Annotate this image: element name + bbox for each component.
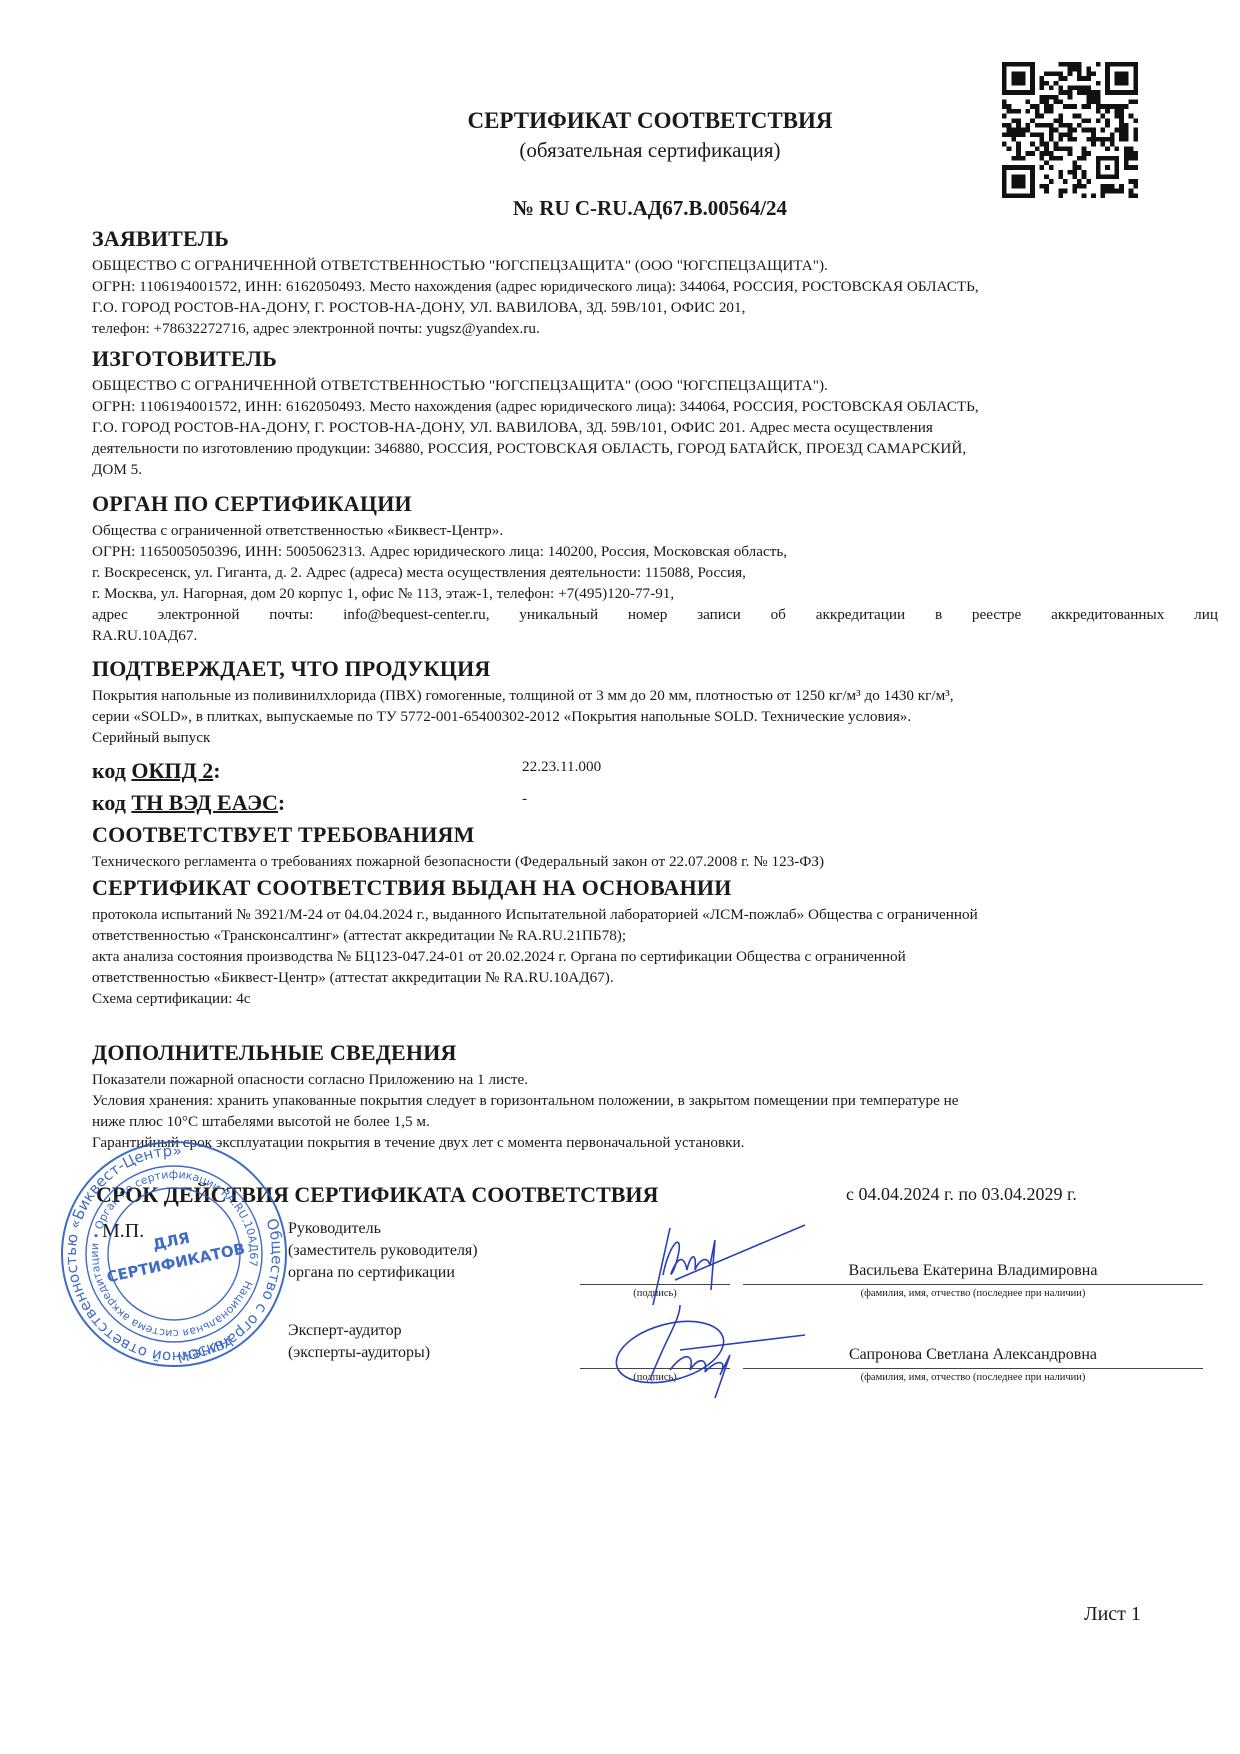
head-signature-icon (615, 1220, 815, 1310)
manufacturer-line: деятельности по изготовлению продукции: … (92, 438, 1218, 459)
expert-signature-icon (610, 1300, 810, 1400)
additional-line: ниже плюс 10°С штабелями высотой не боле… (92, 1111, 1218, 1132)
cert-body-line: RA.RU.10АД67. (92, 625, 1218, 646)
qr-code-icon (1002, 62, 1138, 198)
product-heading: ПОДТВЕРЖДАЕТ, ЧТО ПРОДУКЦИЯ (92, 656, 490, 682)
basis-heading: СЕРТИФИКАТ СООТВЕТСТВИЯ ВЫДАН НА ОСНОВАН… (92, 875, 732, 901)
manufacturer-line: ОГРН: 1106194001572, ИНН: 6162050493. Ме… (92, 396, 1218, 417)
stamp-city: МОСКВА (176, 1335, 235, 1367)
tnved-code-label: код ТН ВЭД ЕАЭС: (92, 790, 285, 816)
cert-body-line: г. Москва, ул. Нагорная, дом 20 корпус 1… (92, 583, 1218, 604)
applicant-heading: ЗАЯВИТЕЛЬ (92, 226, 229, 252)
basis-line: протокола испытаний № 3921/М-24 от 04.04… (92, 904, 1218, 925)
validity-period: с 04.04.2024 г. по 03.04.2029 г. (846, 1184, 1077, 1205)
expert-name: Сапронова Светлана Александровна (743, 1346, 1203, 1364)
certification-stamp-icon: Общество с ограниченной ответственностью… (58, 1138, 290, 1370)
stamp-center-top: ДЛЯ (151, 1229, 191, 1254)
name-caption: (фамилия, имя, отчество (последнее при н… (743, 1372, 1203, 1383)
requirements-heading: СООТВЕТСТВУЕТ ТРЕБОВАНИЯМ (92, 822, 475, 848)
role-line: Эксперт-аудитор (288, 1320, 430, 1342)
okpd-code-label: код ОКПД 2: (92, 758, 221, 784)
name-line (743, 1368, 1203, 1369)
manufacturer-line: Г.О. ГОРОД РОСТОВ-НА-ДОНУ, Г. РОСТОВ-НА-… (92, 417, 1218, 438)
product-line: Покрытия напольные из поливинилхлорида (… (92, 685, 1218, 706)
cert-body-line: г. Воскресенск, ул. Гиганта, д. 2. Адрес… (92, 562, 1218, 583)
applicant-details: ОБЩЕСТВО С ОГРАНИЧЕННОЙ ОТВЕТСТВЕННОСТЬЮ… (92, 255, 1218, 339)
basis-line: Схема сертификации: 4с (92, 988, 1218, 1009)
additional-line: Условия хранения: хранить упакованные по… (92, 1090, 1218, 1111)
head-role-label: Руководитель (заместитель руководителя) … (288, 1218, 478, 1284)
applicant-line: Г.О. ГОРОД РОСТОВ-НА-ДОНУ, Г. РОСТОВ-НА-… (92, 297, 1218, 318)
role-line: Руководитель (288, 1218, 478, 1240)
manufacturer-line: ОБЩЕСТВО С ОГРАНИЧЕННОЙ ОТВЕТСТВЕННОСТЬЮ… (92, 375, 1218, 396)
applicant-line: ОБЩЕСТВО С ОГРАНИЧЕННОЙ ОТВЕТСТВЕННОСТЬЮ… (92, 255, 1218, 276)
applicant-line: ОГРН: 1106194001572, ИНН: 6162050493. Ме… (92, 276, 1218, 297)
role-line: (заместитель руководителя) (288, 1240, 478, 1262)
basis-line: ответственностью «Биквест-Центр» (аттест… (92, 967, 1218, 988)
product-details: Покрытия напольные из поливинилхлорида (… (92, 685, 1218, 748)
role-line: (эксперты-аудиторы) (288, 1342, 430, 1364)
okpd-code-value: 22.23.11.000 (522, 758, 601, 776)
cert-body-heading: ОРГАН ПО СЕРТИФИКАЦИИ (92, 491, 412, 517)
manufacturer-details: ОБЩЕСТВО С ОГРАНИЧЕННОЙ ОТВЕТСТВЕННОСТЬЮ… (92, 375, 1218, 480)
certificate-number: № RU C-RU.АД67.В.00564/24 (0, 196, 1240, 221)
cert-body-details: Общества с ограниченной ответственностью… (92, 520, 1218, 646)
cert-body-line: ОГРН: 1165005050396, ИНН: 5005062313. Ад… (92, 541, 1218, 562)
basis-line: ответственностью «Трансконсалтинг» (атте… (92, 925, 1218, 946)
manufacturer-heading: ИЗГОТОВИТЕЛЬ (92, 346, 277, 372)
product-line: серии «SOLD», в плитках, выпускаемые по … (92, 706, 1218, 727)
applicant-line: телефон: +78632272716, адрес электронной… (92, 318, 1218, 339)
basis-details: протокола испытаний № 3921/М-24 от 04.04… (92, 904, 1218, 1009)
expert-role-label: Эксперт-аудитор (эксперты-аудиторы) (288, 1320, 430, 1364)
product-line: Серийный выпуск (92, 727, 1218, 748)
manufacturer-line: ДОМ 5. (92, 459, 1218, 480)
cert-body-line: Общества с ограниченной ответственностью… (92, 520, 1218, 541)
cert-body-line: адрес электронной почты: info@bequest-ce… (92, 604, 1218, 625)
additional-line: Показатели пожарной опасности согласно П… (92, 1069, 1218, 1090)
role-line: органа по сертификации (288, 1262, 478, 1284)
requirements-text: Технического регламента о требованиях по… (92, 851, 1218, 872)
additional-heading: ДОПОЛНИТЕЛЬНЫЕ СВЕДЕНИЯ (92, 1040, 457, 1066)
basis-line: акта анализа состояния производства № БЦ… (92, 946, 1218, 967)
sheet-number: Лист 1 (1084, 1603, 1141, 1626)
tnved-code-value: - (522, 790, 527, 808)
